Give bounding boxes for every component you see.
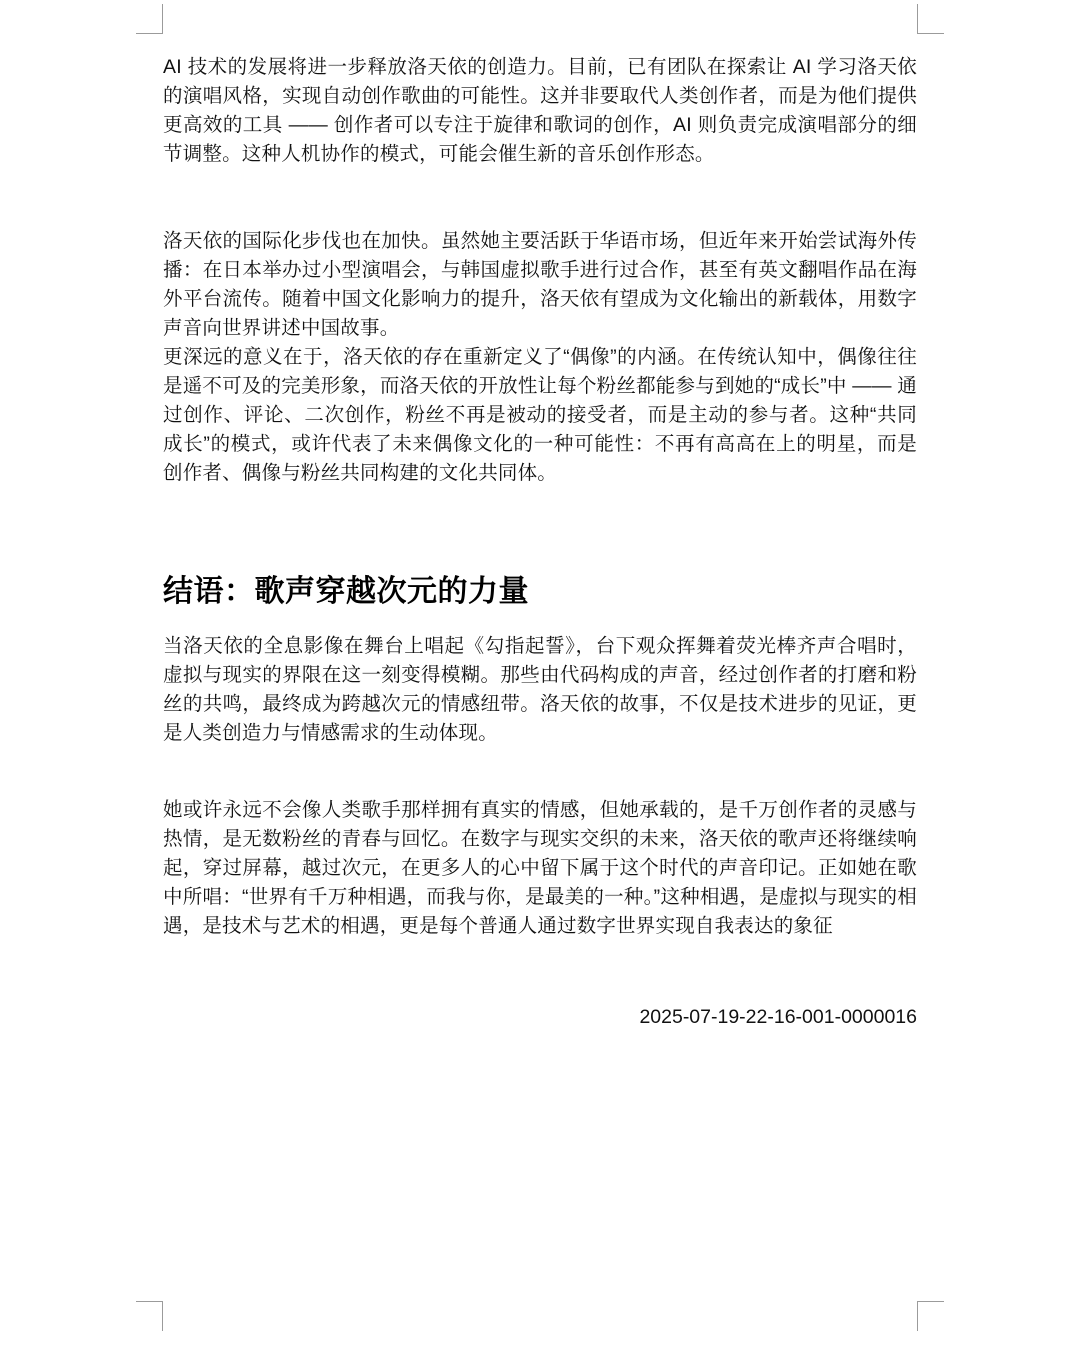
crop-mark-top-right (917, 4, 944, 34)
paragraph-ai-creativity: AI 技术的发展将进一步释放洛天依的创造力。目前，已有团队在探索让 AI 学习洛… (163, 53, 917, 169)
conclusion-heading: 结语：歌声穿越次元的力量 (163, 574, 917, 610)
document-id: 2025-07-19-22-16-001-0000016 (163, 1003, 917, 1032)
paragraph-final-reflection: 她或许永远不会像人类歌手那样拥有真实的情感，但她承载的，是千万创作者的灵感与热情… (163, 796, 917, 941)
crop-mark-bottom-right (917, 1301, 944, 1331)
paragraph-internationalization: 洛天依的国际化步伐也在加快。虽然她主要活跃于华语市场，但近年来开始尝试海外传播：… (163, 227, 917, 343)
paragraph-idol-redefinition: 更深远的意义在于，洛天依的存在重新定义了“偶像”的内涵。在传统认知中，偶像往往是… (163, 343, 917, 488)
article-body: AI 技术的发展将进一步释放洛天依的创造力。目前，已有团队在探索让 AI 学习洛… (163, 53, 917, 1032)
crop-mark-top-left (136, 4, 163, 34)
paragraph-hologram-stage: 当洛天依的全息影像在舞台上唱起《勾指起誓》，台下观众挥舞着荧光棒齐声合唱时，虚拟… (163, 632, 917, 748)
document-page: AI 技术的发展将进一步释放洛天依的创造力。目前，已有团队在探索让 AI 学习洛… (0, 0, 1080, 1353)
crop-mark-bottom-left (136, 1301, 163, 1331)
